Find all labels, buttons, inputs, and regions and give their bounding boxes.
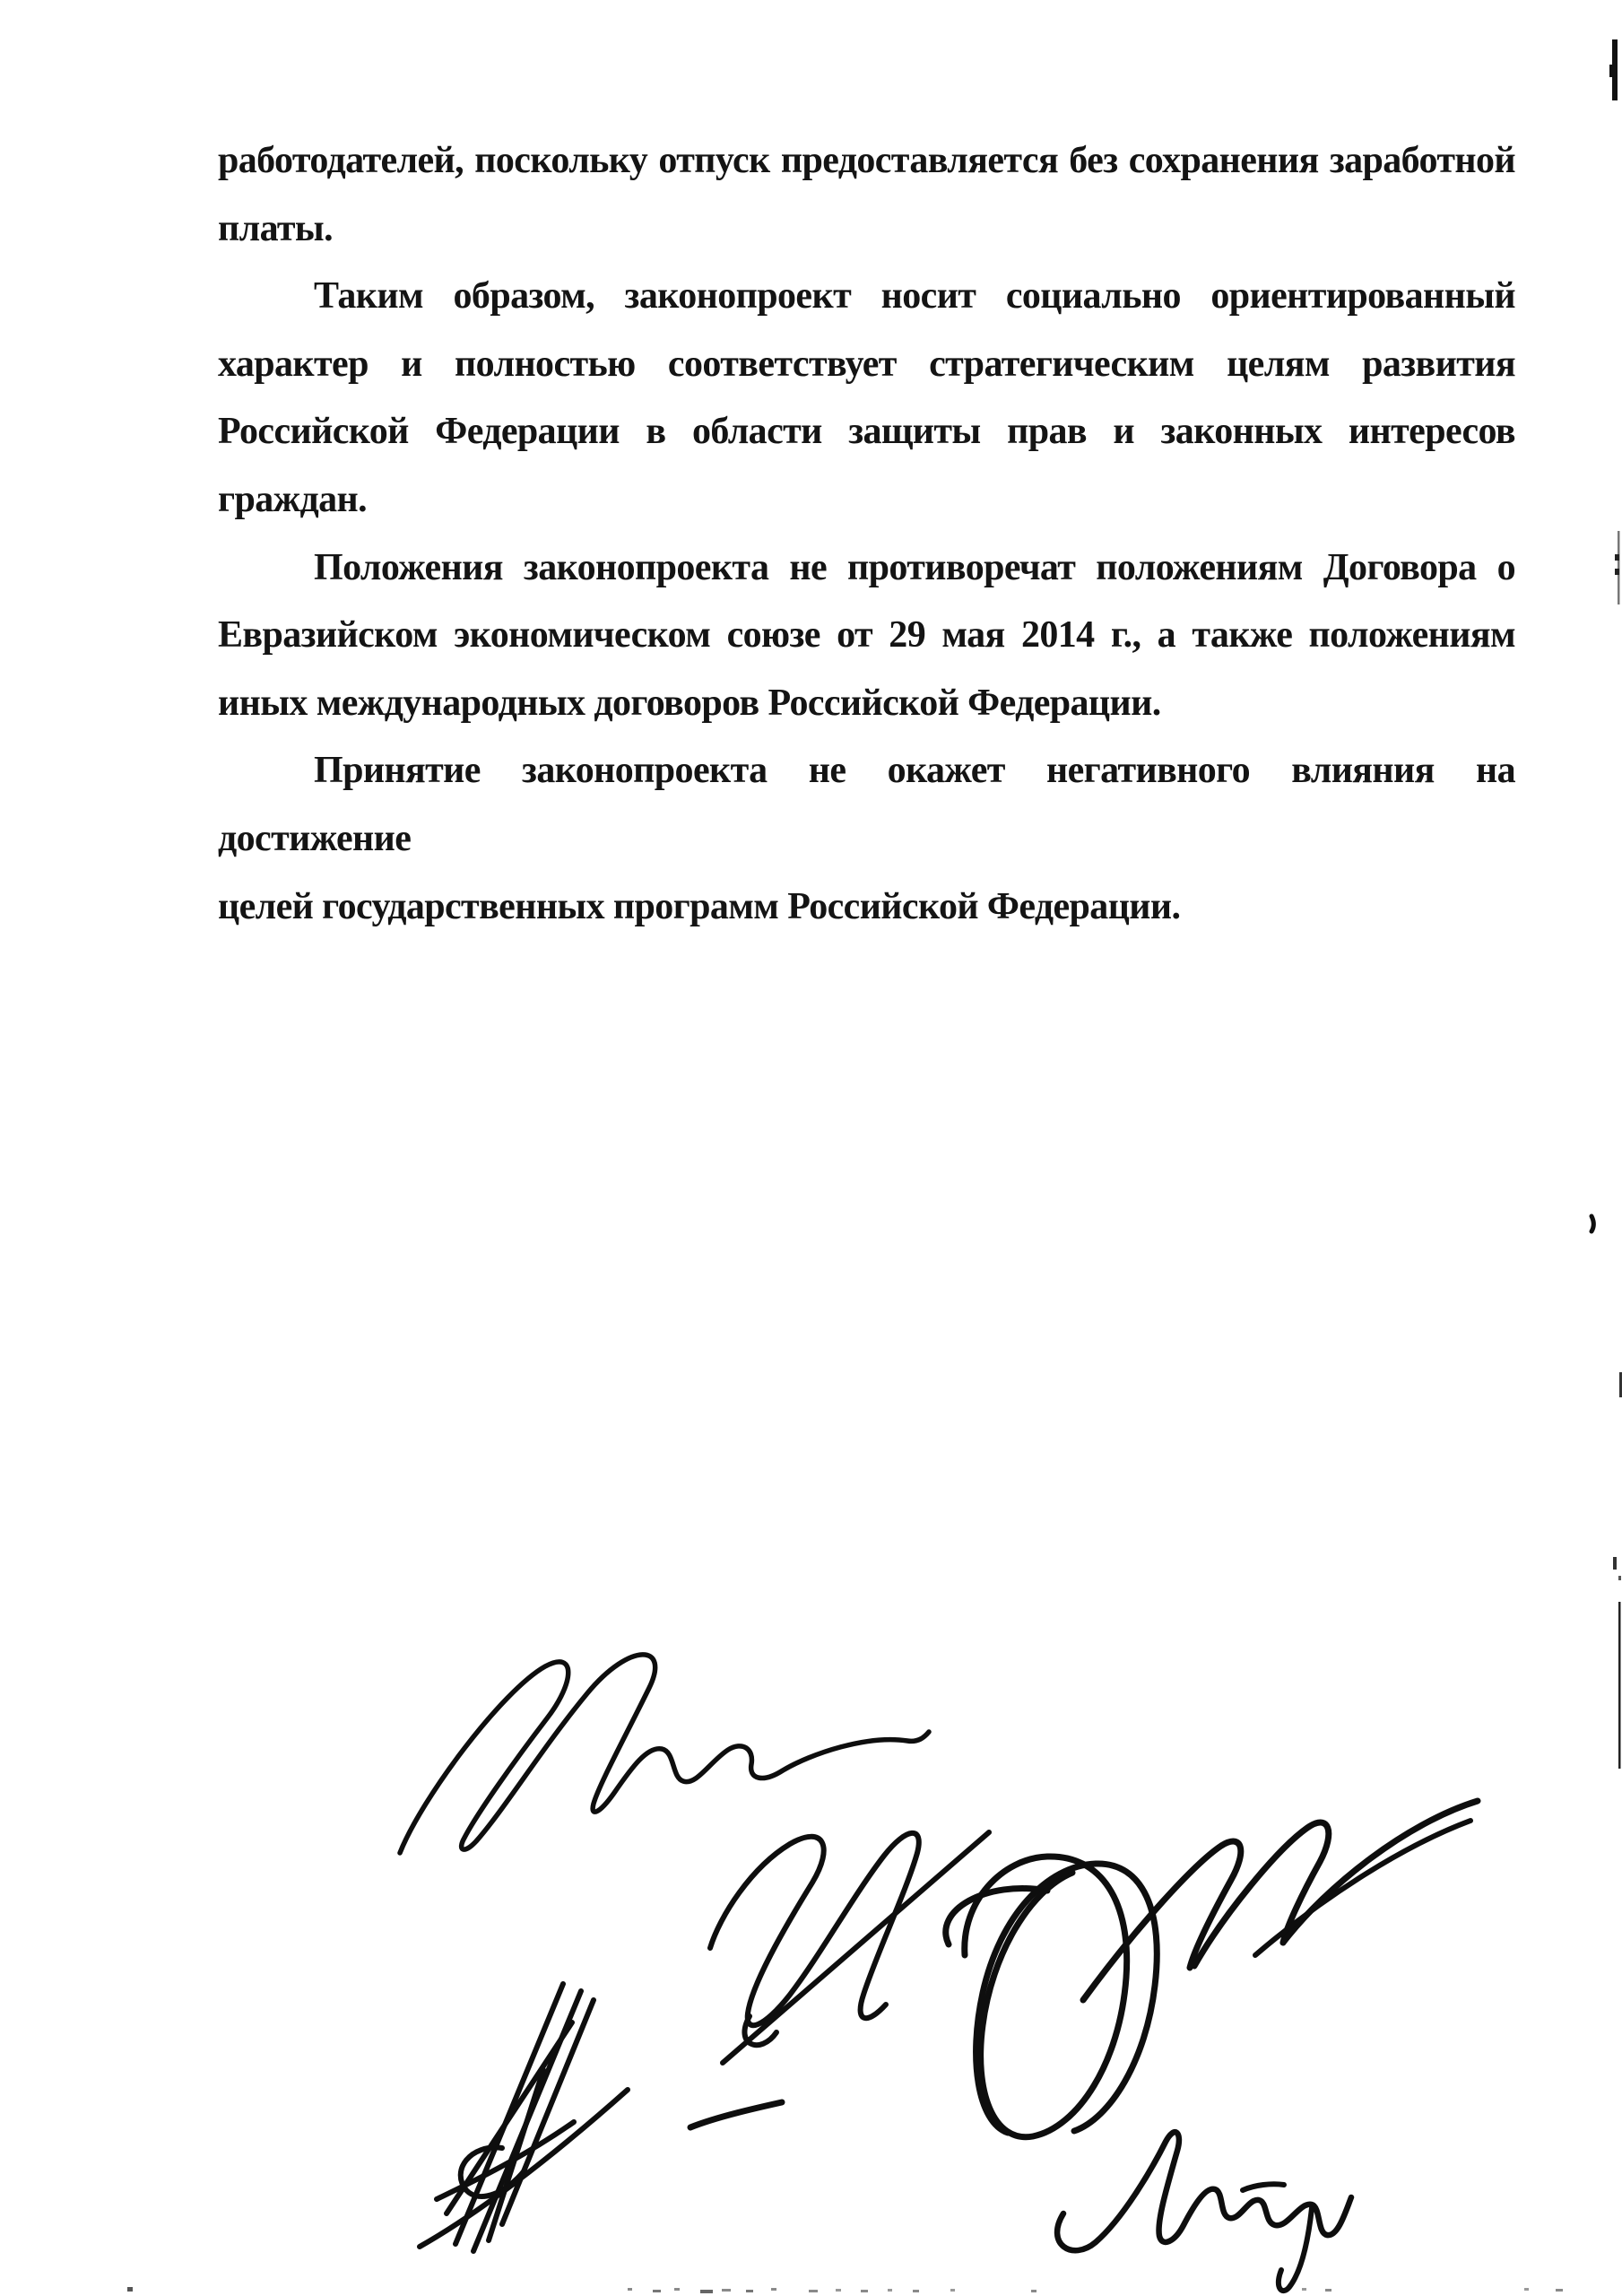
text-line-1: работодателей, поскольку отпуск предоста… [218,127,1515,196]
text-line-3: Таким образом, законопроект носит социал… [218,263,1515,331]
scan-line-right-bottom-icon [1618,1602,1621,1769]
text-line-2: платы. [218,196,1515,264]
text-line-4: характер и полностью соответствует страт… [218,331,1515,399]
text-line-6: граждан. [218,466,1515,535]
scan-tick-right-lower-icon [1613,1372,1622,1580]
document-page: работодателей, поскольку отпуск предоста… [0,0,1622,2296]
text-line-11: целей государственных программ Российско… [218,874,1515,942]
scan-mark-right-middle-icon [1592,1216,1593,1231]
text-line-10: Принятие законопроекта не окажет негатив… [218,737,1515,873]
signature-5 [1057,2132,1351,2291]
scan-bar-top-right-icon [1609,39,1618,100]
text-line-8: Евразийском экономическом союзе от 29 ма… [218,602,1515,670]
signature-3 [420,1984,628,2251]
scan-line-right-upper-icon [1615,531,1620,604]
scan-speckle-row-icon [127,2287,1563,2293]
signature-2 [710,1832,989,2063]
text-line-5: Российской Федерации в области защиты пр… [218,398,1515,466]
signature-1 [400,1655,929,1853]
signature-4 [946,1801,1478,2137]
signature-dash [690,2102,782,2127]
text-line-7: Положения законопроекта не противоречат … [218,535,1515,603]
document-body: работодателей, поскольку отпуск предоста… [218,127,1515,941]
text-line-9: иных международных договоров Российской … [218,670,1515,738]
